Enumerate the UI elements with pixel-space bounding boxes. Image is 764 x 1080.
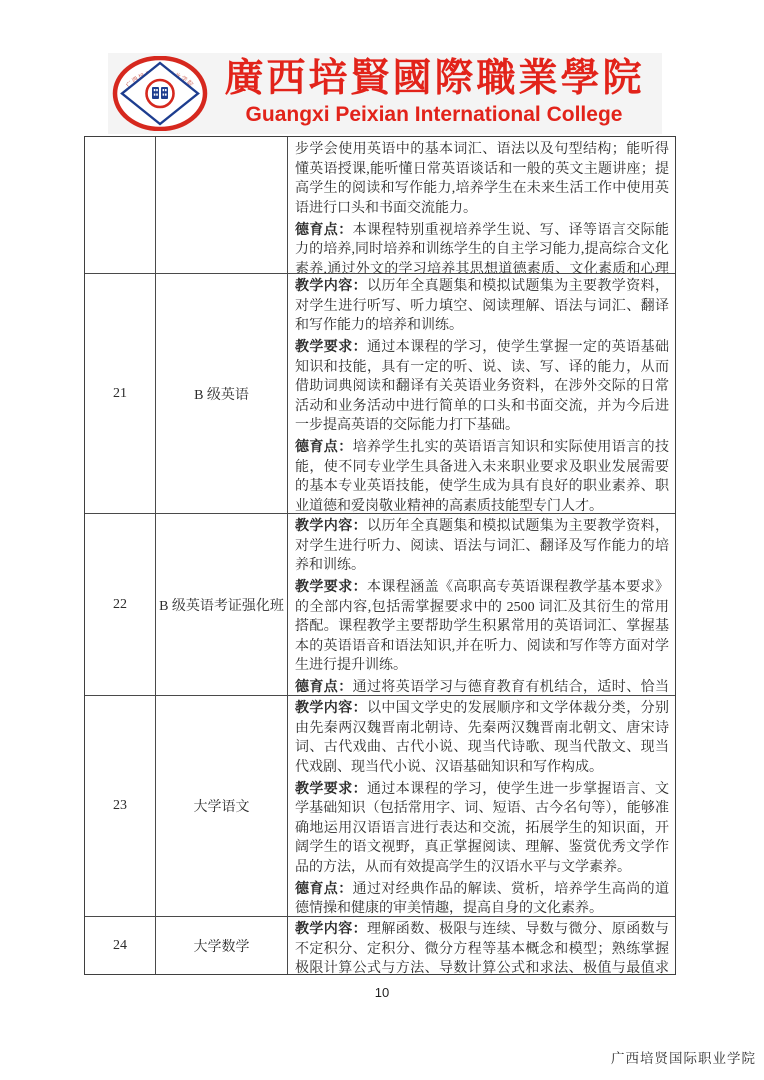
course-name-cell: B 级英语考证强化班 bbox=[155, 514, 287, 695]
logo-center-ring bbox=[147, 80, 174, 107]
desc-paragraph: 教学要求：通过本课程的学习，使学生掌握一定的英语基础知识和技能，具有一定的听、说… bbox=[295, 338, 669, 436]
paragraph-label: 教学内容： bbox=[295, 279, 367, 294]
desc-paragraph: 教学内容：理解函数、极限与连续、导数与微分、原函数与不定积分、定积分、微分方程等… bbox=[295, 920, 669, 974]
paragraph-text: 步学会使用英语中的基本词汇、语法以及句型结构；能听得懂英语授课,能听懂日常英语谈… bbox=[295, 142, 669, 216]
table-row: 21B 级英语教学内容：以历年全真题集和模拟试题集为主要教学资料，对学生进行听写… bbox=[85, 273, 675, 513]
college-logo-icon: 广西培贤国际职业学院 GUANGXI PEIXIAN INTERNATIONAL… bbox=[112, 56, 208, 131]
desc-paragraph: 教学内容：以历年全真题集和模拟试题集为主要教学资料，对学生进行听力、阅读、语法与… bbox=[295, 517, 669, 576]
desc-paragraph: 教学内容：以中国文学史的发展顺序和文学体裁分类，分别由先秦两汉魏晋南北朝诗、先秦… bbox=[295, 699, 669, 777]
course-name-cell bbox=[155, 137, 287, 273]
row-number-cell: 21 bbox=[85, 274, 155, 513]
college-name-english: Guangxi Peixian International College bbox=[208, 102, 660, 128]
paragraph-label: 德育点： bbox=[295, 223, 353, 238]
college-name-chinese: 廣西培賢國際職業學院 bbox=[212, 55, 657, 103]
row-number-cell: 22 bbox=[85, 514, 155, 695]
page-number: 10 bbox=[0, 985, 764, 1000]
paragraph-label: 教学要求： bbox=[295, 340, 367, 355]
desc-paragraph: 德育点：本课程特别重视培养学生说、写、译等语言交际能力的培养,同时培养和训练学生… bbox=[295, 221, 669, 274]
paragraph-label: 教学内容： bbox=[295, 701, 367, 716]
paragraph-label: 教学内容： bbox=[295, 519, 367, 534]
college-header: 广西培贤国际职业学院 GUANGXI PEIXIAN INTERNATIONAL… bbox=[108, 53, 662, 134]
desc-paragraph: 教学要求：通过本课程的学习，使学生进一步掌握语言、文学基础知识（包括常用字、词、… bbox=[295, 780, 669, 878]
paragraph-label: 德育点： bbox=[295, 680, 353, 695]
desc-paragraph: 教学内容：以历年全真题集和模拟试题集为主要教学资料，对学生进行听写、听力填空、阅… bbox=[295, 277, 669, 336]
course-desc-cell: 步学会使用英语中的基本词汇、语法以及句型结构；能听得懂英语授课,能听懂日常英语谈… bbox=[287, 137, 675, 273]
paragraph-label: 德育点： bbox=[295, 440, 353, 455]
paragraph-label: 德育点： bbox=[295, 882, 353, 897]
course-name-cell: B 级英语 bbox=[155, 274, 287, 513]
desc-paragraph: 德育点：通过将英语学习与德育教育有机结合，适时、恰当地渗透道德教育，使学生学会如… bbox=[295, 678, 669, 695]
paragraph-label: 教学要求： bbox=[295, 782, 367, 797]
footer-watermark: 广西培贤国际职业学院 bbox=[611, 1047, 756, 1067]
course-description-table: 步学会使用英语中的基本词汇、语法以及句型结构；能听得懂英语授课,能听懂日常英语谈… bbox=[84, 136, 676, 975]
table-row: 24大学数学教学内容：理解函数、极限与连续、导数与微分、原函数与不定积分、定积分… bbox=[85, 916, 675, 974]
table-row: 23大学语文教学内容：以中国文学史的发展顺序和文学体裁分类，分别由先秦两汉魏晋南… bbox=[85, 695, 675, 916]
course-name-cell: 大学数学 bbox=[155, 917, 287, 974]
table-row: 22B 级英语考证强化班教学内容：以历年全真题集和模拟试题集为主要教学资料，对学… bbox=[85, 513, 675, 695]
course-desc-cell: 教学内容：以历年全真题集和模拟试题集为主要教学资料，对学生进行听写、听力填空、阅… bbox=[287, 274, 675, 513]
desc-paragraph: 德育点：通过对经典作品的解读、赏析，培养学生高尚的道德情操和健康的审美情趣，提高… bbox=[295, 880, 669, 917]
table-row: 步学会使用英语中的基本词汇、语法以及句型结构；能听得懂英语授课,能听懂日常英语谈… bbox=[85, 137, 675, 273]
paragraph-label: 教学内容： bbox=[295, 922, 367, 937]
row-number-cell: 23 bbox=[85, 696, 155, 916]
course-desc-cell: 教学内容：以历年全真题集和模拟试题集为主要教学资料，对学生进行听力、阅读、语法与… bbox=[287, 514, 675, 695]
course-name-cell: 大学语文 bbox=[155, 696, 287, 916]
desc-paragraph: 德育点：培养学生扎实的英语语言知识和实际使用语言的技能，使不同专业学生具备进入未… bbox=[295, 438, 669, 513]
desc-paragraph: 步学会使用英语中的基本词汇、语法以及句型结构；能听得懂英语授课,能听懂日常英语谈… bbox=[295, 140, 669, 218]
course-desc-cell: 教学内容：理解函数、极限与连续、导数与微分、原函数与不定积分、定积分、微分方程等… bbox=[287, 917, 675, 974]
row-number-cell: 24 bbox=[85, 917, 155, 974]
paragraph-label: 教学要求： bbox=[295, 580, 367, 595]
row-number-cell bbox=[85, 137, 155, 273]
course-desc-cell: 教学内容：以中国文学史的发展顺序和文学体裁分类，分别由先秦两汉魏晋南北朝诗、先秦… bbox=[287, 696, 675, 916]
document-page: 广西培贤国际职业学院 GUANGXI PEIXIAN INTERNATIONAL… bbox=[0, 0, 764, 1080]
desc-paragraph: 教学要求：本课程涵盖《高职高专英语课程教学基本要求》的全部内容,包括需掌握要求中… bbox=[295, 578, 669, 676]
